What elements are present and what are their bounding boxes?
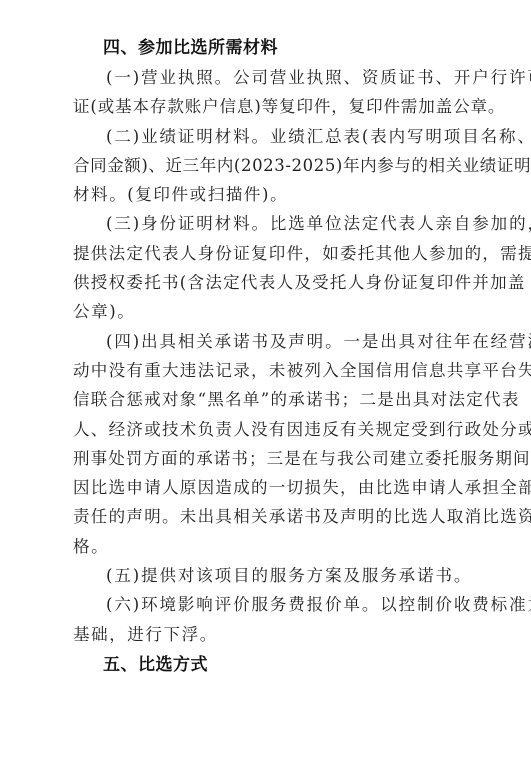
paragraph-business-license: (一)营业执照。公司营业执照、资质证书、开户行许可 证(或基本存款账户信息)等复… xyxy=(73,63,465,122)
text-line: 合同金额)、近三年内(2023-2025)年内参与的相关业绩证明 xyxy=(73,151,465,180)
text-line: 责任的声明。未出具相关承诺书及声明的比选人取消比选资 xyxy=(73,502,465,531)
text-line: 因比选申请人原因造成的一切损失，由比选申请人承担全部 xyxy=(73,473,465,502)
text-line: 材料。(复印件或扫描件)。 xyxy=(73,180,465,209)
text-line: 信联合惩戒对象“黑名单”的承诺书；二是出具对法定代表 xyxy=(73,385,465,414)
text-line: 公章)。 xyxy=(73,297,465,326)
paragraph-service-plan: (五)提供对该项目的服务方案及服务承诺书。 xyxy=(73,561,465,590)
document-page: 四、参加比选所需材料 (一)营业执照。公司营业执照、资质证书、开户行许可 证(或… xyxy=(73,34,465,680)
text-line: 人、经济或技术负责人没有因违反有关规定受到行政处分或 xyxy=(73,415,465,444)
text-line: (四)出具相关承诺书及声明。一是出具对往年在经营活 xyxy=(73,327,465,356)
text-line: 基础，进行下浮。 xyxy=(73,620,465,649)
text-line: 供授权委托书(含法定代表人及受托人身份证复印件并加盖 xyxy=(73,268,465,297)
section-heading-materials: 四、参加比选所需材料 xyxy=(73,34,465,63)
section-heading-selection-method: 五、比选方式 xyxy=(73,651,465,680)
text-line: (六)环境影响评价服务费报价单。以控制价收费标准为 xyxy=(73,590,465,619)
paragraph-commitments: (四)出具相关承诺书及声明。一是出具对往年在经营活 动中没有重大违法记录，未被列… xyxy=(73,327,465,561)
text-line: (一)营业执照。公司营业执照、资质证书、开户行许可 xyxy=(73,63,465,92)
text-line: (五)提供对该项目的服务方案及服务承诺书。 xyxy=(73,561,465,590)
text-line: 动中没有重大违法记录，未被列入全国信用信息共享平台失 xyxy=(73,356,465,385)
text-line: 格。 xyxy=(73,532,465,561)
text-line: 证(或基本存款账户信息)等复印件，复印件需加盖公章。 xyxy=(73,92,465,121)
text-line: 提供法定代表人身份证复印件，如委托其他人参加的，需提 xyxy=(73,239,465,268)
text-line: (二)业绩证明材料。业绩汇总表(表内写明项目名称、 xyxy=(73,122,465,151)
text-line: 刑事处罚方面的承诺书；三是在与我公司建立委托服务期间， xyxy=(73,444,465,473)
paragraph-identity-proof: (三)身份证明材料。比选单位法定代表人亲自参加的， 提供法定代表人身份证复印件，… xyxy=(73,209,465,326)
paragraph-quotation: (六)环境影响评价服务费报价单。以控制价收费标准为 基础，进行下浮。 xyxy=(73,590,465,649)
paragraph-performance-proof: (二)业绩证明材料。业绩汇总表(表内写明项目名称、 合同金额)、近三年内(202… xyxy=(73,122,465,210)
text-line: (三)身份证明材料。比选单位法定代表人亲自参加的， xyxy=(73,209,465,238)
